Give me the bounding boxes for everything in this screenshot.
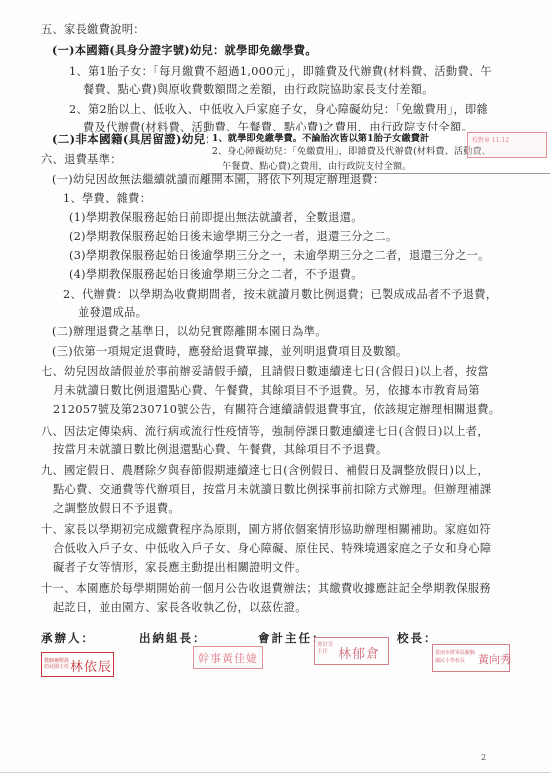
pasted-line3: 午餐費、點心費)之費用，由行政院支付全額。 (222, 161, 411, 172)
section9-line3: 之調整放假日不予退費。 (53, 502, 180, 515)
section7-line2: 月未就讀日數比例退還點心費、午餐費，其餘項目不予退費。另，依據本市教育局第 (53, 384, 480, 397)
section6-item1: 1、學費、雜費： (63, 192, 151, 205)
accounting-stamp-title: 會計室主任 (317, 642, 335, 656)
section5-sub1-heading: (一)本國籍(具身分證字號)幼兒：就學即免繳學費。 (52, 44, 317, 57)
document-page: 五、家長繳費說明： (一)本國籍(具身分證字號)幼兒：就學即免繳學費。 1、第1… (0, 0, 550, 777)
section6-sub2: (二)辦理退費之基準日，以幼兒實際離開本園日為準。 (52, 325, 327, 338)
section10-line1: 十、家長以學期初完成繳費程序為原則，園方將依個案情形協助辦理相關補助。家庭如符 (41, 523, 491, 536)
cashier-label: 出納組長： (139, 630, 207, 646)
section6-sub3: (三)依第一項規定退費時，應發給退費單據，並列明退費項目及數額。 (52, 345, 408, 358)
handler-stamp: 教師兼附設幼兒園主任 林依辰 (41, 652, 114, 677)
accounting-stamp-name: 林郁倉 (338, 643, 380, 662)
section5-item1-line2: 餐費、點心費)與原收費數額間之差額，由行政院協助家長支付差額。 (83, 83, 434, 96)
section5-item2-line1: 2、第2胎以上、低收入、中低收入戶家庭子女，身心障礙幼兒：「免繳費用」，即雜 (69, 103, 488, 116)
section11-line1: 十一、本園應於每學期開始前一個月公告收退費辦法；其繳費收據應註記全學期教保服務 (41, 582, 491, 595)
section6-item1-point4: (4)學期教保服務起始日後逾學期三分之二者，不予退費。 (69, 268, 363, 281)
scan-edge (0, 772, 550, 773)
handler-stamp-name: 林依辰 (70, 656, 112, 675)
principal-stamp-title: 臺南市將軍區鯤鯓國民小學校長 (435, 649, 475, 665)
section11-line2: 起訖日，並由園方、家長各收執乙份，以茲佐證。 (53, 601, 307, 614)
section6-item1-point1: (1)學期教保服務起始日前即提出無法就讀者，全數退還。 (69, 211, 363, 224)
section8-line1: 八、因法定傳染病、流行病或流行性疫情等，強制停課日數連續達七日(含假日)以上者， (41, 425, 489, 438)
section6-item1-point3: (3)學期教保服務起始日後逾學期三分之一，未逾學期三分之二者，退還三分之一。 (69, 249, 490, 262)
section5-heading: 五、家長繳費說明： (41, 23, 145, 36)
accounting-stamp: 會計室主任 林郁倉 (314, 637, 389, 665)
section8-line2: 按當月未就讀日數比例退還點心費、午餐費，其餘項目不予退費。 (53, 443, 388, 456)
principal-stamp: 臺南市將軍區鯤鯓國民小學校長 黃向秀 (432, 644, 510, 672)
section6-item2-line1: 2、代辦費：以學期為收費期間者，按未就讀月數比例退費；已製成成品者不予退費， (63, 288, 497, 301)
section6-item1-point2: (2)學期教保服務起始日後未逾學期三分之一者，退還三分之二。 (69, 230, 397, 243)
section9-line1: 九、國定假日、農曆除夕與春節假期連續達七日(含例假日、補假日及調整放假日)以上， (41, 464, 489, 477)
pasted-correction-slip: 1、就學即免繳學費。不論胎次皆以第1胎子女繳費計 2、身心障礙幼兒：「免繳費用」… (208, 131, 550, 174)
section7-line1: 七、幼兒因故請假並於事前辦妥請假手續，且請假日數連續達七日(含假日)以上者，按當 (41, 365, 489, 378)
handler-label: 承辦人： (41, 630, 95, 646)
section6-heading: 六、退費基準： (41, 153, 122, 166)
pasted-line1: 1、就學即免繳學費。不論胎次皆以第1胎子女繳費計 (212, 133, 429, 144)
section7-line3: 212057號及第230710號公告，有關符合連續請假退費事宜，依該規定辦理相關… (53, 403, 500, 416)
cashier-stamp-text: 幹事黃佳婕 (198, 650, 258, 666)
correction-stamp-text: 校對章 11.12 (472, 135, 509, 144)
principal-stamp-name: 黃向秀 (478, 651, 511, 667)
section9-line2: 點心費、交通費等代辦項目，按當月未就讀日數比例採事前扣除方式辦理。但辦理補課 (53, 483, 491, 496)
section6-sub1: (一)幼兒因故無法繼續就讀而離開本園，將依下列規定辦理退費： (52, 173, 384, 186)
section10-line3: 礙者子女等情形，家長應主動提出相關證明文件。 (53, 561, 307, 574)
section5-item1-line1: 1、第1胎子女：「每月繳費不超過1,000元」，即雜費及代辦費(材料費、活動費、… (69, 65, 492, 78)
correction-stamp: 校對章 11.12 (467, 132, 547, 158)
cashier-stamp: 幹事黃佳婕 (193, 646, 263, 669)
pasted-line2: 2、身心障礙幼兒：「免繳費用」，即雜費及代辦費(材料費、活動費、 (212, 146, 491, 157)
section6-item2-line2: 並發還成品。 (78, 306, 147, 319)
section5-sub2-heading: (二)非本國籍(具居留證)幼兒： (52, 133, 217, 146)
section10-line2: 合低收入戶子女、中低收入戶子女、身心障礙、原住民、特殊境遇家庭之子女和身心障 (53, 542, 491, 555)
page-number: 2 (481, 753, 486, 762)
handler-stamp-title: 教師兼附設幼兒園主任 (44, 658, 69, 670)
